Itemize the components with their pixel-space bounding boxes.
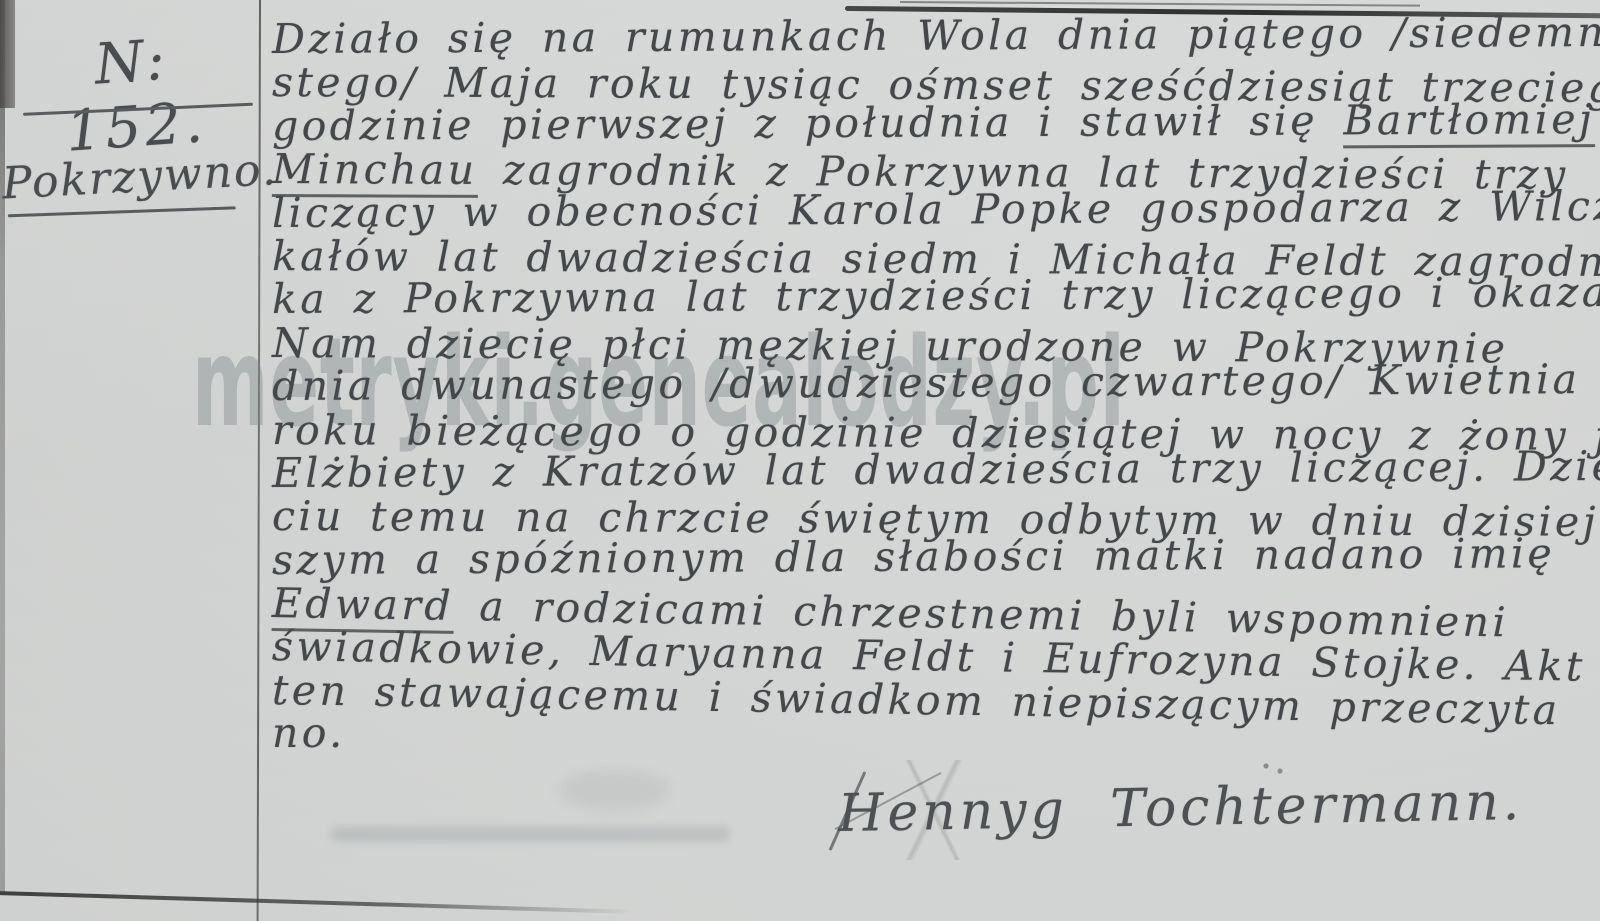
line-text: ka z Pokrzywna lat trzydzieści trzy licz… bbox=[272, 268, 1600, 323]
act-body-text: Działo się na rumunkach Wola dnia piąteg… bbox=[272, 18, 1592, 756]
body-line-7: ka z Pokrzywna lat trzydzieści trzy licz… bbox=[272, 271, 1592, 321]
body-line-11: Elżbiety z Kratzów lat dwadzieścia trzy … bbox=[272, 445, 1592, 495]
line-text: Działo się na rumunkach Wola dnia piąteg… bbox=[272, 8, 1600, 63]
pencil-dots-mark bbox=[1262, 762, 1288, 776]
body-line-9: dnia dwunastego /dwudziestego czwartego/… bbox=[272, 358, 1592, 408]
body-line-13: szym a spóźnionym dla słabości matki nad… bbox=[272, 532, 1592, 582]
registrar-signature: Hennyg Tochtermann. bbox=[838, 772, 1524, 844]
underlined-father-name: Bartłomiej bbox=[1343, 95, 1595, 148]
line-text: szym a spóźnionym dla słabości matki nad… bbox=[272, 529, 1555, 584]
line-text: Elżbiety z Kratzów lat dwadzieścia trzy … bbox=[272, 441, 1600, 496]
ink-bleedthrough-smudge bbox=[330, 826, 730, 842]
line-text: no. bbox=[272, 709, 346, 757]
line-text: dnia dwunastego /dwudziestego czwartego/… bbox=[272, 355, 1581, 410]
body-line-1: Działo się na rumunkach Wola dnia piąteg… bbox=[272, 11, 1592, 61]
line-text: liczący w obecności Karola Popke gospoda… bbox=[272, 182, 1600, 237]
body-line-3: godzinie pierwszej z południa i stawił s… bbox=[272, 98, 1592, 148]
table-row-top-border-echo bbox=[900, 1, 1420, 7]
act-number: N: 152. bbox=[24, 23, 245, 167]
body-line-17: no. bbox=[272, 712, 1592, 755]
ink-bleedthrough-smudge-2 bbox=[560, 770, 670, 810]
margin-column: N: 152. Pokrzywno. bbox=[0, 0, 258, 921]
scanned-birth-record-page: metryki.genealodzy.pl N: 152. Pokrzywno.… bbox=[0, 0, 1600, 921]
body-line-5: liczący w obecności Karola Popke gospoda… bbox=[272, 185, 1592, 235]
line-text: godzinie pierwszej z południa i stawił s… bbox=[272, 96, 1344, 150]
